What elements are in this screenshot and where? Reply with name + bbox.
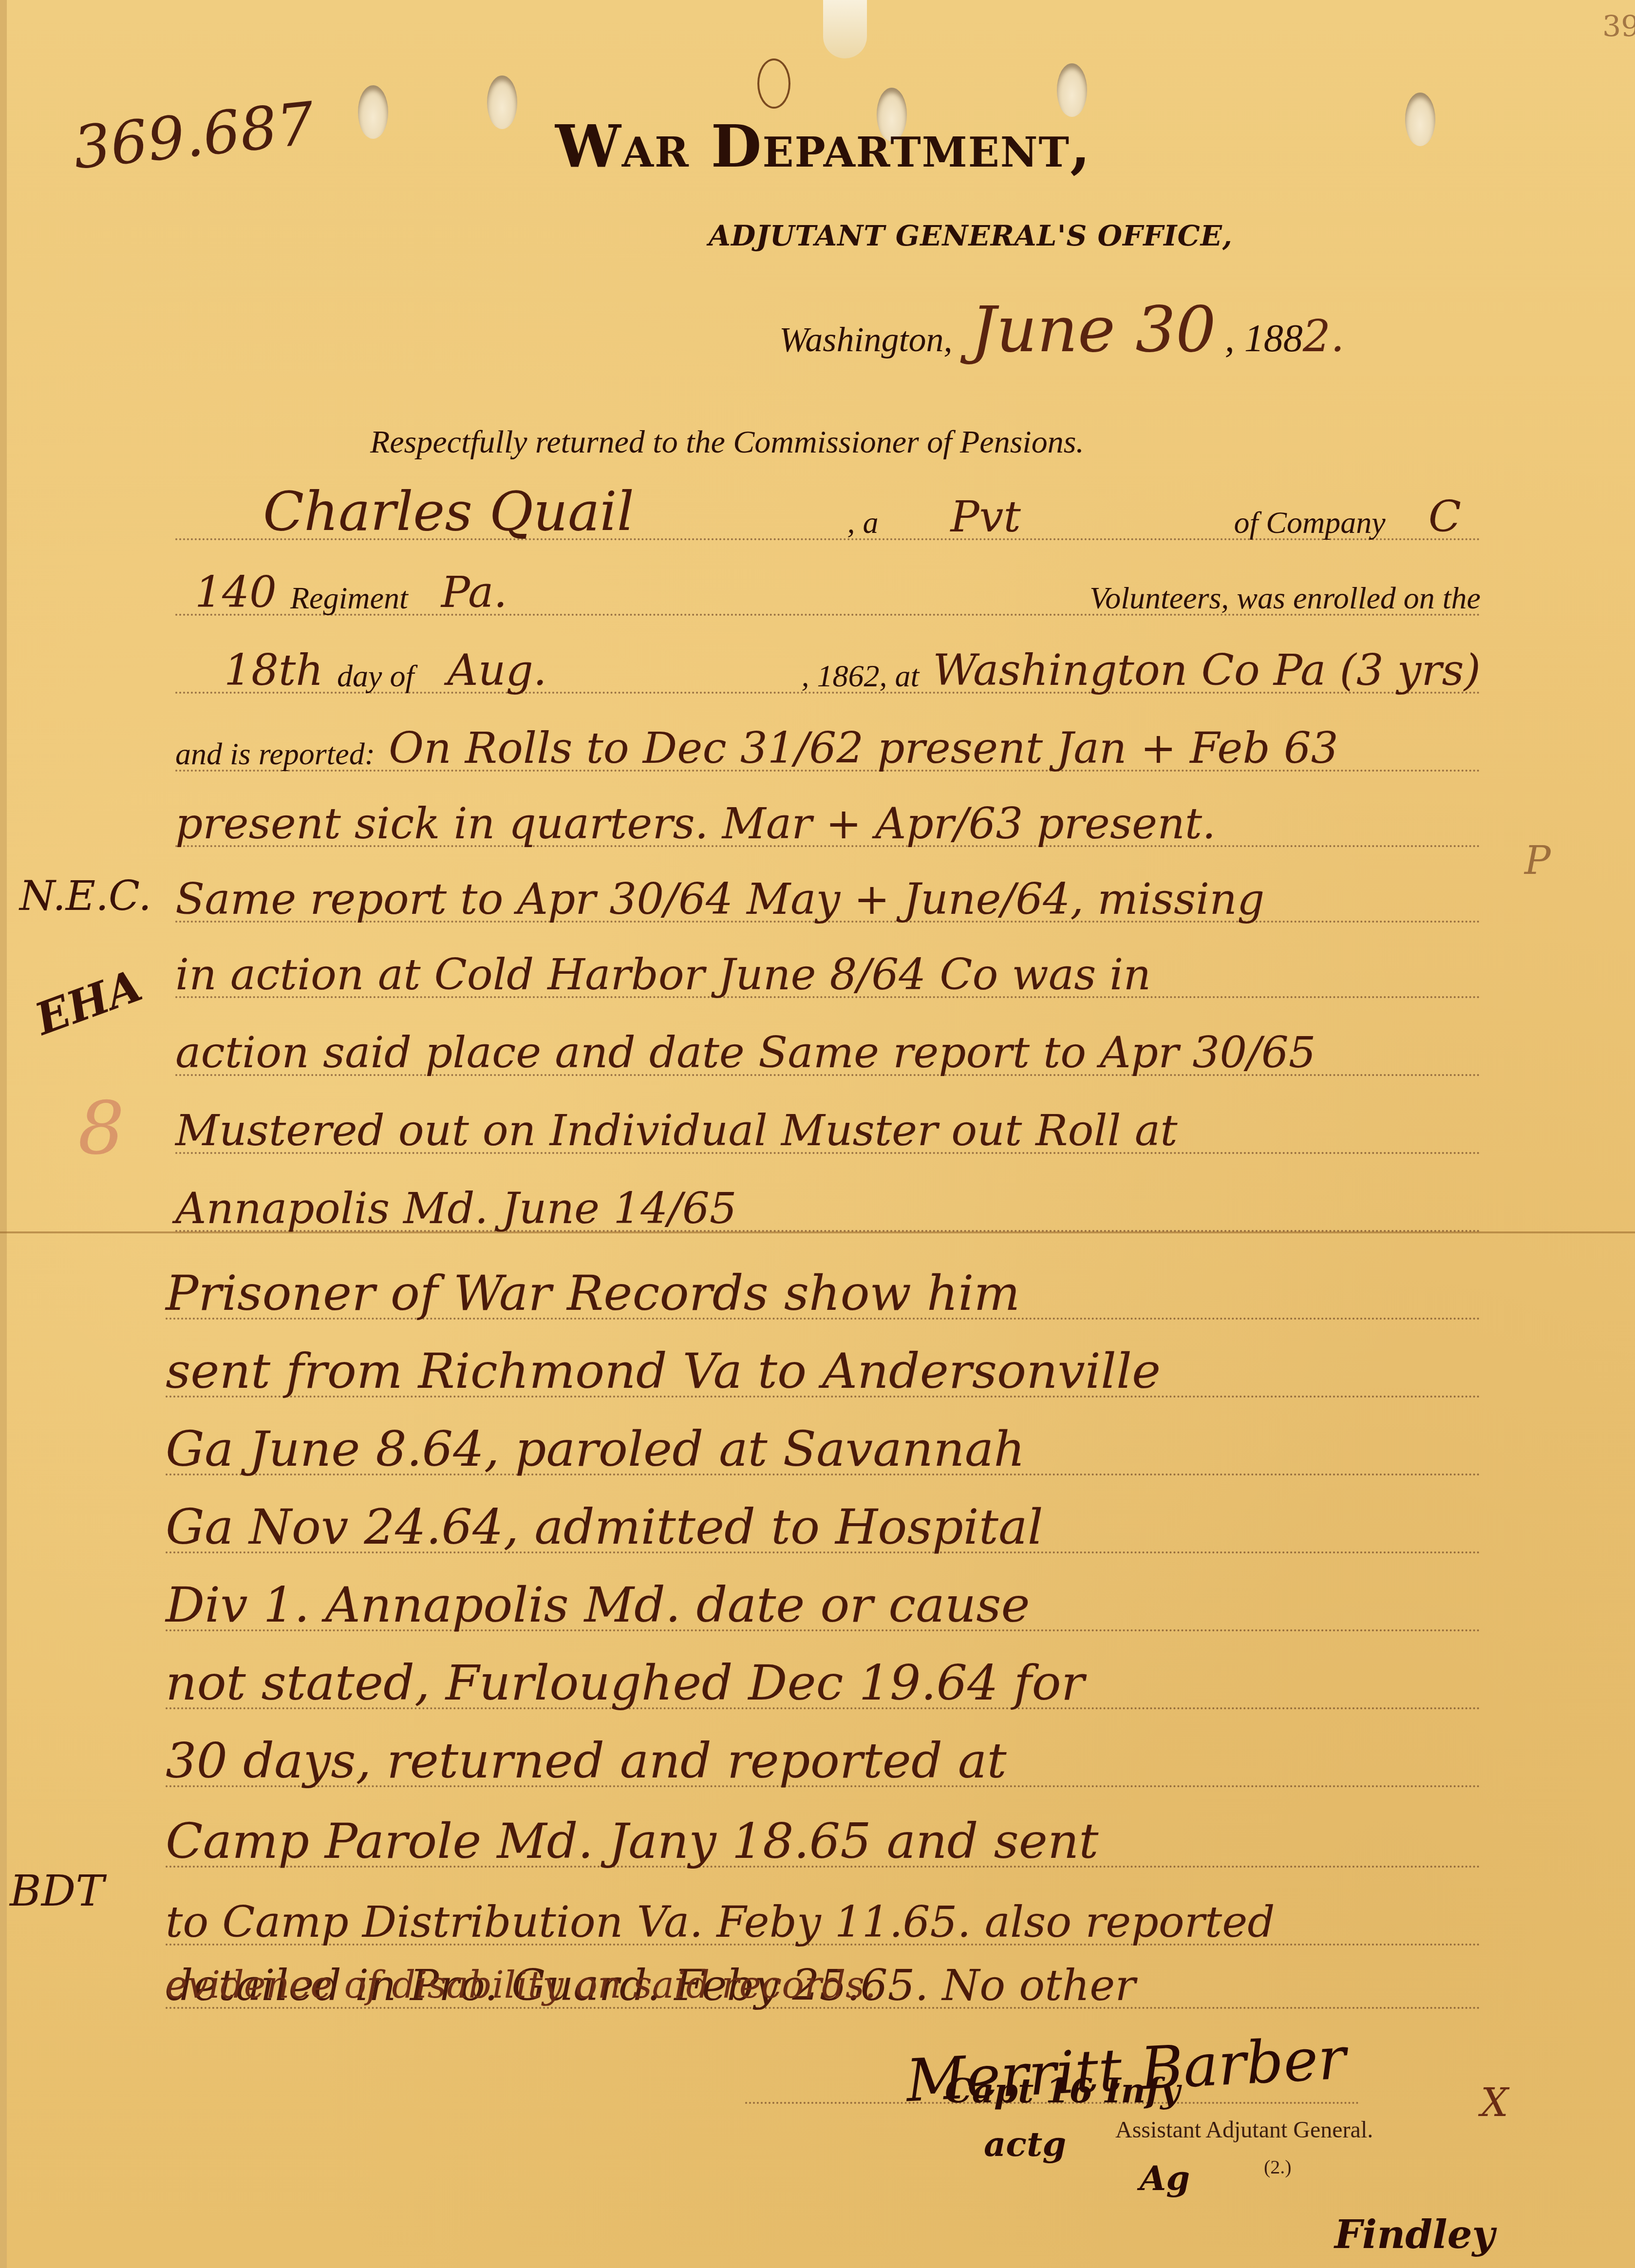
- letterhead-office: ADJUTANT GENERAL'S OFFICE,: [709, 219, 1233, 252]
- regiment-state: Pa.: [441, 571, 507, 614]
- regiment-label: Regiment: [290, 583, 408, 614]
- volunteers-label: Volunteers, was enrolled on the: [1090, 583, 1481, 614]
- paper-tear: [823, 0, 867, 58]
- record-line: present sick in quarters. Mar + Apr/63 p…: [175, 782, 1481, 847]
- record-text: present sick in quarters. Mar + Apr/63 p…: [175, 802, 1216, 845]
- corner-page-number: 39: [1602, 10, 1635, 44]
- form-number: (2.): [1264, 2155, 1292, 2178]
- form-line-name: Charles Quail , a Pvt of Company C: [175, 475, 1481, 540]
- reported-label: and is reported:: [175, 738, 375, 770]
- record-line: in action at Cold Harbor June 8/64 Co wa…: [175, 933, 1481, 998]
- x-mark: X: [1481, 2080, 1508, 2125]
- record-text: Mustered out on Individual Muster out Ro…: [175, 1109, 1178, 1152]
- dateline: Washington, June 30 , 1882.: [779, 292, 1345, 366]
- signature-annotation-rank: Capt 16 Infy: [945, 2070, 1180, 2111]
- form-line-regiment: 140 Regiment Pa. Volunteers, was enrolle…: [175, 550, 1481, 616]
- margin-note-pencil: 8: [78, 1086, 124, 1171]
- record-text: On Rolls to Dec 31/62 present Jan + Feb …: [389, 727, 1338, 770]
- punch-hole: [1405, 93, 1435, 146]
- record-text: in action at Cold Harbor June 8/64 Co wa…: [175, 953, 1151, 996]
- record-line: action said place and date Same report t…: [175, 1011, 1481, 1076]
- pow-text: Camp Parole Md. Jany 18.65 and sent: [166, 1817, 1098, 1866]
- company-label: of Company: [1234, 507, 1386, 538]
- salutation: Respectfully returned to the Commissione…: [370, 424, 1084, 461]
- file-number: 369.687: [70, 90, 318, 182]
- pow-line: not stated, Furloughed Dec 19.64 for: [166, 1639, 1481, 1709]
- pow-line: 30 days, returned and reported at: [166, 1717, 1481, 1787]
- record-line: Mustered out on Individual Muster out Ro…: [175, 1089, 1481, 1154]
- pow-text: Ga June 8.64, paroled at Savannah: [166, 1425, 1025, 1474]
- punch-hole: [487, 76, 517, 129]
- form-line-enrollment: 18th day of Aug. , 1862, at Washington C…: [175, 628, 1481, 694]
- margin-note-nec: N.E.C.: [19, 872, 151, 920]
- regiment-number: 140: [195, 571, 277, 614]
- fold-crease: [0, 1231, 1635, 1233]
- pow-line: sent from Richmond Va to Andersonville: [166, 1327, 1481, 1398]
- pow-line: Ga Nov 24.64, admitted to Hospital: [166, 1483, 1481, 1553]
- day-label: day of: [337, 661, 414, 692]
- clerk-initials: Findley: [1334, 2211, 1495, 2257]
- enroll-month: Aug.: [447, 649, 547, 692]
- punch-hole: [358, 85, 388, 139]
- page-edge: [0, 0, 7, 2268]
- punch-hole: [757, 58, 790, 109]
- pow-text: Prisoner of War Records show him: [166, 1269, 1020, 1318]
- enroll-year: , 1862, at: [801, 661, 919, 692]
- company-value: C: [1428, 495, 1461, 538]
- dateline-place: Washington,: [779, 320, 952, 359]
- record-text: Annapolis Md. June 14/65: [175, 1187, 737, 1230]
- dateline-year-handwritten: 2.: [1303, 311, 1345, 362]
- signature-annotation-actg: actg: [984, 2124, 1066, 2164]
- pow-line: Prisoner of War Records show him: [166, 1249, 1481, 1320]
- rank-prefix: , a: [847, 507, 879, 538]
- signature-title: Assistant Adjutant General.: [1115, 2117, 1373, 2143]
- pow-text: 30 days, returned and reported at: [166, 1737, 1007, 1785]
- record-line: Same report to Apr 30/64 May + June/64, …: [175, 857, 1481, 923]
- enroll-place: Washington Co Pa (3 yrs): [933, 649, 1481, 692]
- pow-line: Ga June 8.64, paroled at Savannah: [166, 1405, 1481, 1475]
- pow-line: Camp Parole Md. Jany 18.65 and sent: [166, 1797, 1481, 1868]
- record-line: Annapolis Md. June 14/65: [175, 1167, 1481, 1232]
- punch-hole: [1057, 63, 1087, 117]
- pow-text: not stated, Furloughed Dec 19.64 for: [166, 1659, 1084, 1707]
- enroll-day: 18th: [224, 649, 323, 692]
- pow-text: Ga Nov 24.64, admitted to Hospital: [166, 1503, 1043, 1551]
- margin-note-bdt: BDT: [10, 1866, 104, 1916]
- record-text: Same report to Apr 30/64 May + June/64, …: [175, 878, 1264, 921]
- pow-text: Div 1. Annapolis Md. date or cause: [166, 1581, 1030, 1629]
- margin-note-p: P: [1524, 838, 1551, 883]
- pow-text: to Camp Distribution Va. Feby 11.65. als…: [166, 1901, 1275, 1944]
- dateline-year-printed: , 188: [1225, 317, 1303, 360]
- pow-text: sent from Richmond Va to Andersonville: [166, 1347, 1161, 1396]
- record-text: action said place and date Same report t…: [175, 1031, 1316, 1074]
- dateline-date: June 30: [971, 292, 1216, 366]
- margin-note-initials: EHA: [29, 960, 149, 1045]
- letterhead-title: War Department,: [555, 112, 1091, 181]
- record-line: and is reported: On Rolls to Dec 31/62 p…: [175, 706, 1481, 772]
- soldier-rank: Pvt: [951, 495, 1021, 538]
- signature-annotation-ag: Ag: [1140, 2158, 1190, 2198]
- pow-line: to Camp Distribution Va. Feby 11.65. als…: [166, 1875, 1481, 1946]
- pow-line: Div 1. Annapolis Md. date or cause: [166, 1561, 1481, 1631]
- pow-text: evidence of disability on said records.: [166, 1963, 876, 2006]
- soldier-name: Charles Quail: [263, 485, 634, 538]
